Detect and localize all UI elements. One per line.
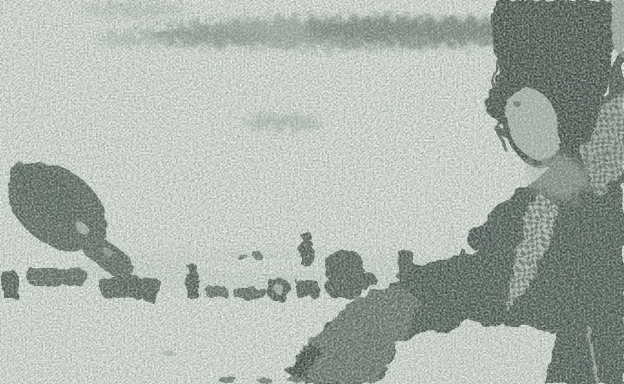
halftone-grain-light: [0, 0, 624, 384]
photo-canvas: [0, 0, 624, 384]
newspaper-photo: [0, 0, 624, 384]
